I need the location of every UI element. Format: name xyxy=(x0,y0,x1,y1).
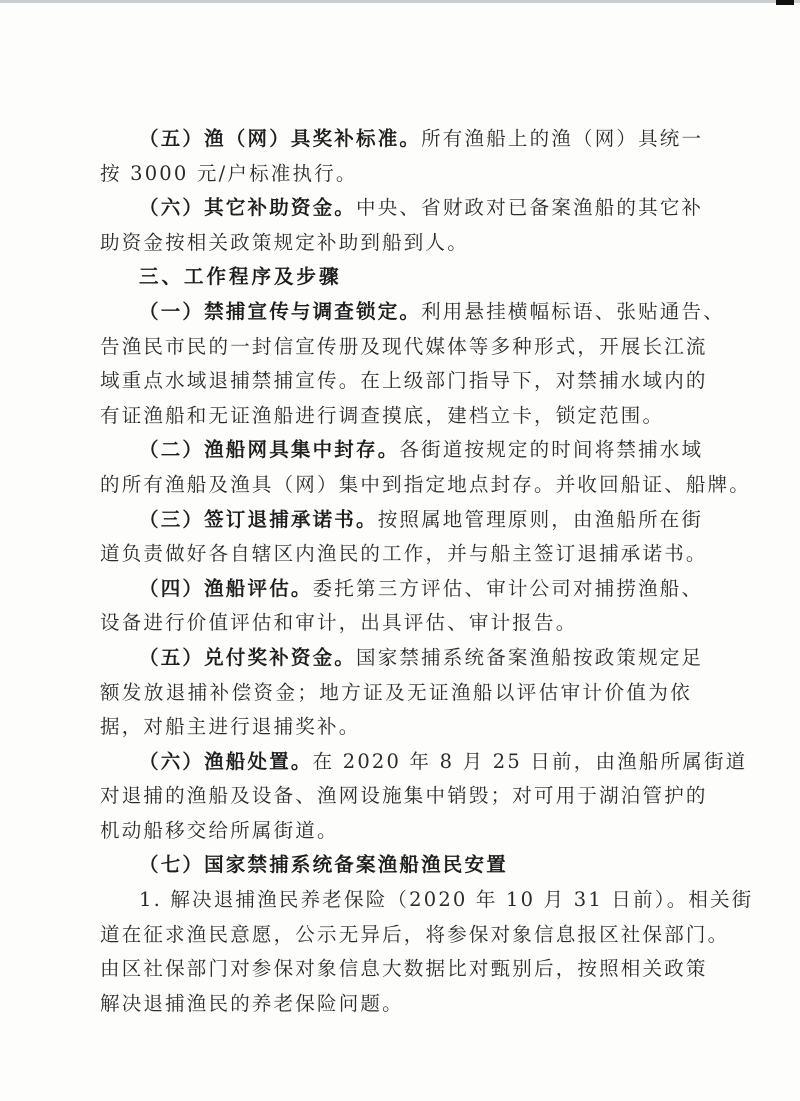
scan-corner-mark xyxy=(776,0,794,5)
paragraph-line: 按 3000 元/户标准执行。 xyxy=(100,157,692,192)
document-page: （五）渔（网）具奖补标准。所有渔船上的渔（网）具统一 按 3000 元/户标准执… xyxy=(100,122,692,1021)
paragraph-line: 告渔民市民的一封信宣传册及现代媒体等多种形式，开展长江流 xyxy=(100,330,692,365)
paragraph-line: 1. 解决退捕渔民养老保险（2020 年 10 月 31 日前）。相关街 xyxy=(100,883,692,918)
paragraph-line: （三）签订退捕承诺书。按照属地管理原则，由渔船所在街 xyxy=(100,503,692,538)
paragraph-line: 对退捕的渔船及设备、渔网设施集中销毁；对可用于湖泊管护的 xyxy=(100,779,692,814)
paragraph-line: 由区社保部门对参保对象信息大数据比对甄别后，按照相关政策 xyxy=(100,952,692,987)
subsection-heading: （七）国家禁捕系统备案渔船渔民安置 xyxy=(100,848,692,883)
paragraph-line: 机动船移交给所属街道。 xyxy=(100,814,692,849)
paragraph-line: （五）兑付奖补资金。国家禁捕系统备案渔船按政策规定足 xyxy=(100,641,692,676)
paragraph-line: （一）禁捕宣传与调查锁定。利用悬挂横幅标语、张贴通告、 xyxy=(100,295,692,330)
paragraph-line: 道在征求渔民意愿，公示无异后，将参保对象信息报区社保部门。 xyxy=(100,918,692,953)
paragraph-line: 有证渔船和无证渔船进行调查摸底，建档立卡，锁定范围。 xyxy=(100,399,692,434)
paragraph-line: 据，对船主进行退捕奖补。 xyxy=(100,710,692,745)
paragraph-line: 设备进行价值评估和审计，出具评估、审计报告。 xyxy=(100,606,692,641)
paragraph-line: （四）渔船评估。委托第三方评估、审计公司对捕捞渔船、 xyxy=(100,572,692,607)
paragraph-line: 的所有渔船及渔具（网）集中到指定地点封存。并收回船证、船牌。 xyxy=(100,468,692,503)
paragraph-line: 助资金按相关政策规定补助到船到人。 xyxy=(100,226,692,261)
paragraph-line: 道负责做好各自辖区内渔民的工作，并与船主签订退捕承诺书。 xyxy=(100,537,692,572)
section-heading: 三、工作程序及步骤 xyxy=(100,260,692,295)
paragraph-line: （六）其它补助资金。中央、省财政对已备案渔船的其它补 xyxy=(100,191,692,226)
paragraph-line: （二）渔船网具集中封存。各街道按规定的时间将禁捕水域 xyxy=(100,433,692,468)
paragraph-line: 域重点水域退捕禁捕宣传。在上级部门指导下，对禁捕水域内的 xyxy=(100,364,692,399)
paragraph-line: 额发放退捕补偿资金；地方证及无证渔船以评估审计价值为依 xyxy=(100,676,692,711)
paragraph-line: 解决退捕渔民的养老保险问题。 xyxy=(100,987,692,1022)
paragraph-line: （六）渔船处置。在 2020 年 8 月 25 日前，由渔船所属街道 xyxy=(100,745,692,780)
scan-top-edge xyxy=(0,0,800,3)
paragraph-line: （五）渔（网）具奖补标准。所有渔船上的渔（网）具统一 xyxy=(100,122,692,157)
